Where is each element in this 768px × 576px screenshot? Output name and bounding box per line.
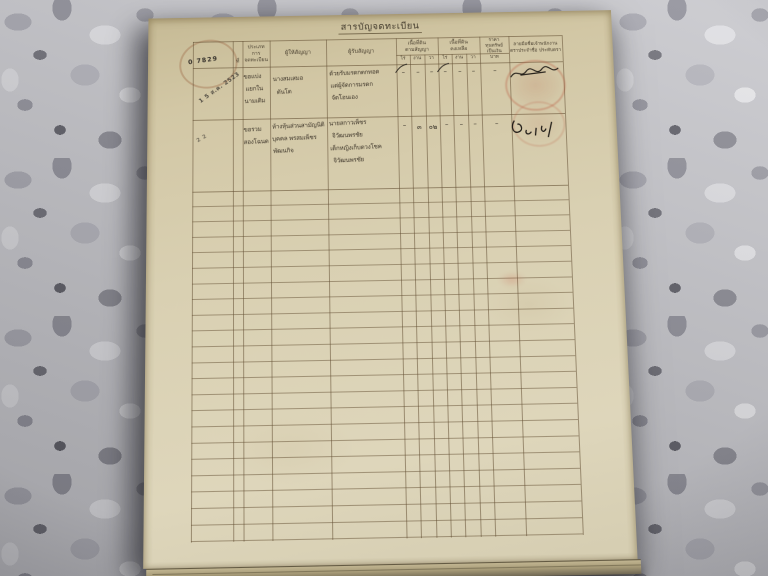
row2-grantee: นายสกาวเพ็ชร [329, 117, 367, 128]
ledger-paper: สารบัญจดทะเบียน 0 7829 [143, 10, 637, 569]
row2-type: ขอรวม [243, 124, 261, 134]
header-unit-baht: บาท [480, 55, 509, 61]
row1-type: นามเดิม [244, 96, 265, 106]
row1-grantor: ตันโต [277, 87, 292, 97]
header-unit-wa: วา [424, 56, 438, 62]
row2-grantee: จิวัฒนพรชัย [333, 155, 364, 166]
row1-grantee: แต่ผู้จัดการมรดก [330, 79, 373, 90]
row2-grantee: จิวัฒนพรชัย [332, 130, 363, 141]
row2-price: – [490, 120, 504, 128]
header-unit-rai: ไร่ [438, 56, 452, 62]
document-scene: สารบัญจดทะเบียน 0 7829 [143, 10, 637, 569]
row2-date-stamp: 2 2 [196, 134, 208, 144]
row1-area-contract-ngan: – [411, 68, 425, 76]
row2-area-remaining-wa: – [468, 120, 482, 128]
paper-stack-seam [152, 564, 641, 575]
header-unit-ngan: งาน [410, 56, 425, 62]
registration-table: ที่ ประเภท การ จดทะเบียน ผู้ให้สัญญา ผู้… [191, 35, 583, 542]
row2-grantor: บุคคล พรสมเพ็ชร [272, 132, 317, 143]
row1-grantee: จัดโอนเอง [331, 92, 357, 103]
header-type-line: จดทะเบียน [237, 57, 276, 64]
row1-grantee: ด้วยรับมรดกตกทอด [329, 67, 379, 79]
officer-signature [508, 114, 562, 142]
header-grantor: ผู้ให้สัญญา [270, 50, 326, 58]
row2-area-remaining-ngan: – [454, 121, 468, 129]
row2-area-contract-rai: – [398, 122, 412, 130]
header-unit-wa: วา [466, 55, 480, 61]
row2-area-contract-ngan: ๓ [412, 121, 426, 132]
row1-date-stamp: 1 5 ส.ค. 2523 [196, 69, 241, 105]
checkmark-tick [435, 62, 451, 74]
row2-area-remaining-rai: – [440, 121, 454, 129]
row1-area-remaining-ngan: – [453, 68, 467, 76]
row2-type: สองโฉนด [244, 136, 269, 147]
row2-grantee: เด็กหญิงเก็บดวงโชค [330, 141, 382, 153]
row2-grantor: ห้างหุ้นส่วนสามัญนิติ [272, 120, 325, 132]
row1-area-remaining-wa: – [467, 67, 481, 75]
row1-price: – [488, 67, 502, 75]
red-ink-smudge [498, 271, 527, 287]
row1-type: ขอแบ่ง [243, 71, 261, 81]
header-area-contract: ตามสัญญา [396, 47, 438, 54]
paper-stack-edge [146, 559, 641, 576]
header-officer: ตราประจำชื่อ ประทับตรา [509, 48, 563, 55]
row2-area-contract-wa: ๐๒ [426, 121, 440, 132]
header-area-remaining: คงเหลือ [438, 46, 480, 53]
officer-signature [506, 63, 561, 83]
checkmark-tick [393, 63, 409, 75]
row1-type: แยกใน [245, 83, 263, 93]
header-unit-ngan: งาน [452, 56, 467, 62]
row2-grantor: พัฒนกิจ [273, 145, 294, 155]
header-grantee: ผู้รับสัญญา [326, 48, 396, 56]
row1-grantor: นางสมเสมอ [273, 73, 304, 84]
header-unit-rai: ไร่ [396, 57, 410, 63]
